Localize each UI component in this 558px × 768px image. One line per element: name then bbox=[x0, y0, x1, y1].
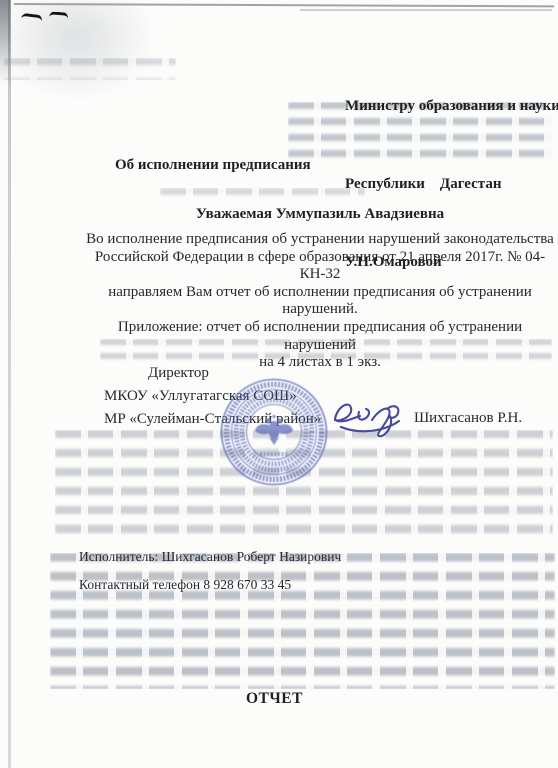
salutation: Уважаемая Уммупазиль Авадзиевна bbox=[85, 206, 555, 223]
body-paragraph: Во исполнение предписания об устранении … bbox=[85, 231, 555, 372]
handwritten-signature bbox=[329, 392, 413, 440]
body-line: Приложение: отчет об исполнении предписа… bbox=[85, 319, 555, 354]
double-headed-eagle-emblem bbox=[255, 415, 293, 445]
executor-line: Исполнитель: Шихгасанов Роберт Назирович bbox=[79, 543, 341, 571]
body-line: нарушений. bbox=[85, 301, 555, 319]
subject-line: Об исполнении предписания bbox=[115, 157, 311, 174]
signer-name: Шихгасанов Р.Н. bbox=[414, 410, 522, 427]
bleedthrough-text bbox=[4, 58, 176, 80]
official-seal-stamp bbox=[220, 378, 328, 486]
page-edge-top-secondary bbox=[300, 9, 552, 11]
body-line: направляем Вам отчет об исполнении предп… bbox=[85, 284, 555, 302]
staple-mark bbox=[20, 13, 42, 27]
body-line: Российской Федерации в сфере образования… bbox=[85, 249, 555, 284]
body-line: Во исполнение предписания об устранении … bbox=[85, 231, 555, 249]
report-title: ОТЧЕТ bbox=[246, 690, 303, 708]
scanned-letter-page: Министру образования и науки Республики … bbox=[0, 0, 558, 768]
executor-block: Исполнитель: Шихгасанов Роберт Назирович… bbox=[79, 543, 341, 599]
page-edge-left bbox=[8, 0, 11, 768]
recipient-line: Республики Дагестан bbox=[345, 171, 558, 197]
staple-mark bbox=[49, 11, 69, 24]
recipient-line: Министру образования и науки bbox=[345, 93, 558, 119]
bleedthrough-text bbox=[160, 188, 365, 199]
executor-line: Контактный телефон 8 928 670 33 45 bbox=[79, 571, 341, 599]
